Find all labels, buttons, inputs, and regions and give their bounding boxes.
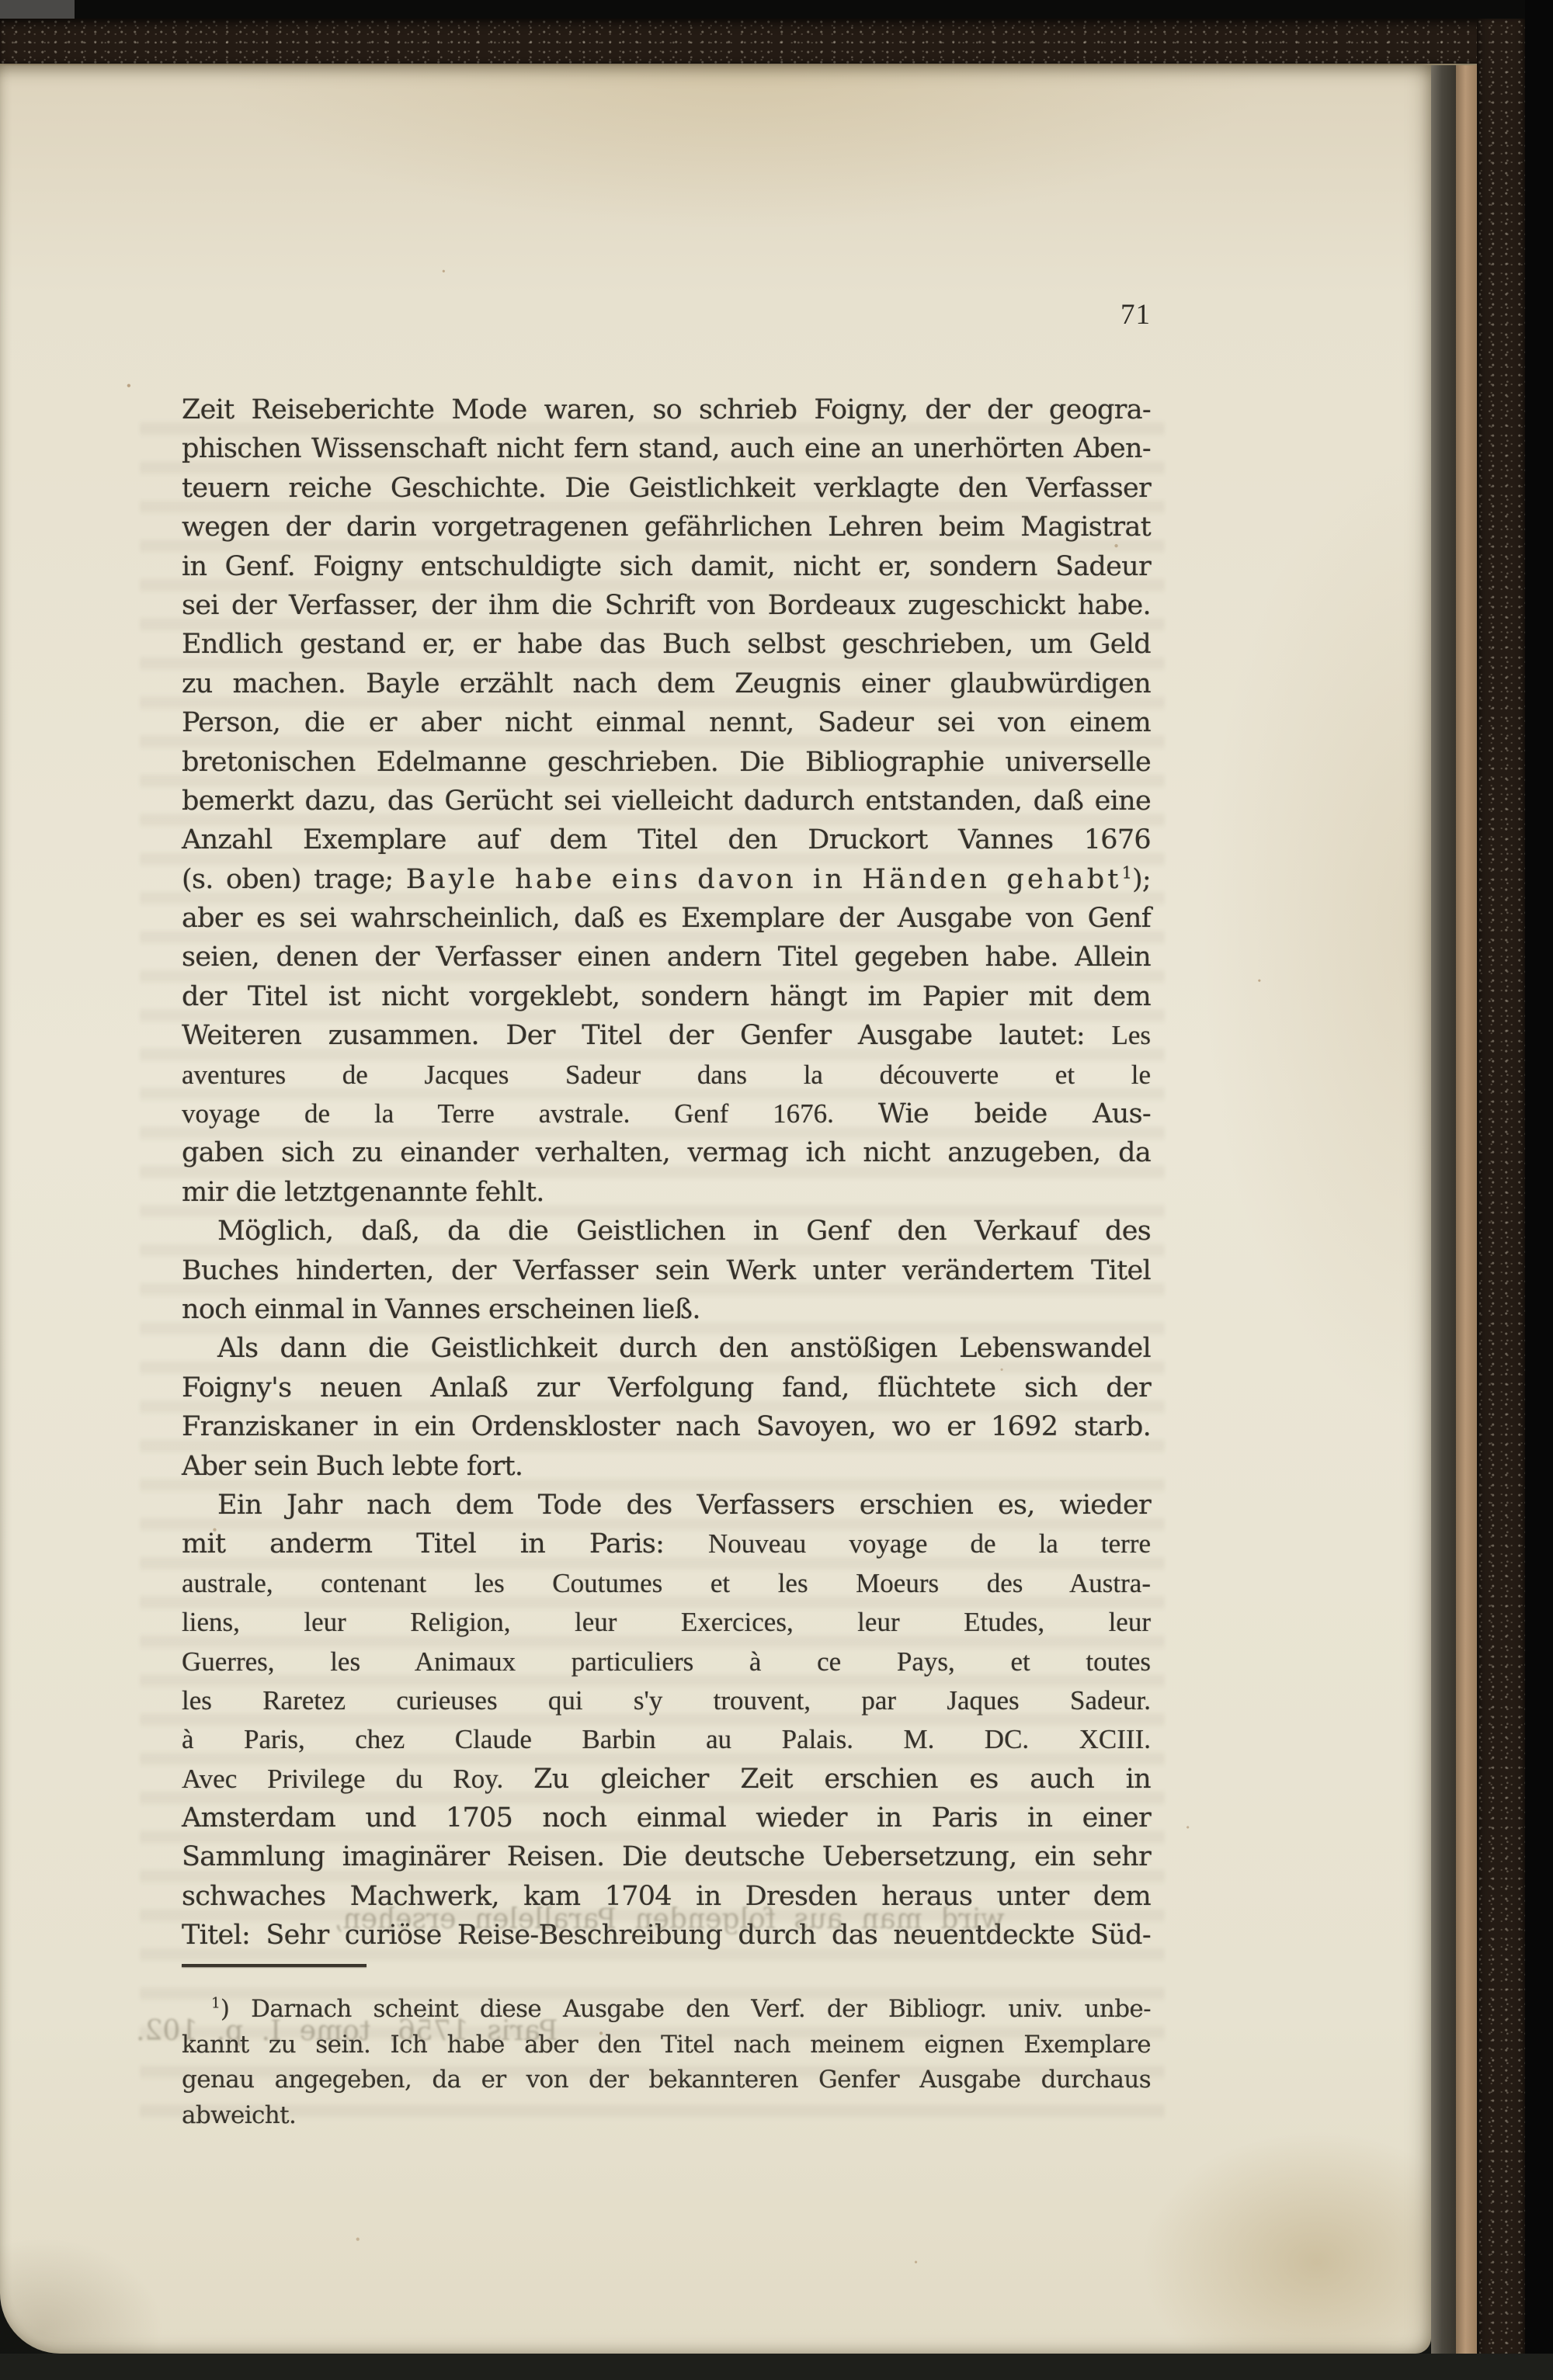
text-segment: Sammlung imaginärer Reisen. Die deutsche… — [182, 1841, 1151, 1872]
text-segment: kannt zu sein. Ich habe aber den Titel n… — [182, 2031, 1151, 2059]
text-line: teuern reiche Geschichte. Die Geistlichk… — [182, 469, 1151, 508]
text-line: 1) Darnach scheint diese Ausgabe den Ver… — [182, 1992, 1151, 2028]
text-line: (s. oben) trage; Bayle habe eins davon i… — [182, 860, 1151, 899]
footnote-reference: 1 — [211, 1996, 221, 2012]
text-segment: Möglich, daß, da die Geistlichen in Genf… — [217, 1216, 1151, 1247]
text-segment: aber es sei wahrscheinlich, daß es Exemp… — [182, 903, 1151, 934]
text-segment: abweicht. — [182, 2101, 296, 2129]
text-segment: Les — [1111, 1020, 1151, 1050]
text-segment: à Paris, chez Claude Barbin au Palais. M… — [182, 1724, 1151, 1754]
text-segment: in Genf. Foigny entschuldigte sich damit… — [182, 551, 1151, 582]
book-page: 71 Zeit Reiseberichte Mode waren, so sch… — [0, 65, 1431, 2354]
text-segment: noch einmal in Vannes erscheinen ließ. — [182, 1294, 700, 1325]
text-segment: Buches hinderten, der Verfasser sein Wer… — [182, 1255, 1151, 1286]
text-line: Buches hinderten, der Verfasser sein Wer… — [182, 1251, 1151, 1290]
text-line: Person, die er aber nicht einmal nennt, … — [182, 703, 1151, 742]
body-text: Zeit Reiseberichte Mode waren, so schrie… — [182, 390, 1151, 1955]
text-segment: gaben sich zu einander verhalten, vermag… — [182, 1137, 1151, 1168]
text-segment: Bayle habe eins davon in Händen gehabt — [406, 864, 1122, 895]
text-line: Weiteren zusammen. Der Titel der Genfer … — [182, 1016, 1151, 1055]
text-line: mit anderm Titel in Paris: Nouveau voyag… — [182, 1525, 1151, 1563]
text-line: Guerres, les Animaux particuliers à ce P… — [182, 1643, 1151, 1681]
text-segment: Zu gleicher Zeit erschien es auch in — [533, 1764, 1151, 1795]
text-segment: zu machen. Bayle erzählt nach dem Zeugni… — [182, 668, 1151, 699]
text-segment: ); — [1132, 864, 1151, 895]
text-segment: les Raretez curieuses qui s'y trouvent, … — [182, 1685, 1151, 1716]
text-segment: ) Darnach scheint diese Ausgabe den Verf… — [221, 1995, 1151, 2023]
text-line: Anzahl Exemplare auf dem Titel den Druck… — [182, 821, 1151, 859]
text-line: in Genf. Foigny entschuldigte sich damit… — [182, 547, 1151, 586]
text-line: seien, denen der Verfasser einen andern … — [182, 938, 1151, 977]
book-cover-top-edge — [0, 19, 1525, 65]
text-segment: Wie beide Aus- — [878, 1098, 1151, 1129]
text-segment: aventures de Jacques Sadeur dans la déco… — [182, 1060, 1151, 1090]
text-line: les Raretez curieuses qui s'y trouvent, … — [182, 1681, 1151, 1720]
text-segment: Guerres, les Animaux particuliers à ce P… — [182, 1646, 1151, 1677]
text-segment: phischen Wissenschaft nicht fern stand, … — [182, 433, 1151, 464]
text-line: à Paris, chez Claude Barbin au Palais. M… — [182, 1720, 1151, 1759]
text-line: abweicht. — [182, 2098, 1151, 2134]
footnote-reference: 1 — [1122, 863, 1132, 882]
page-number: 71 — [182, 298, 1151, 331]
text-line: Als dann die Geistlichkeit durch den ans… — [182, 1329, 1151, 1368]
text-line: australe, contenant les Coutumes et les … — [182, 1564, 1151, 1603]
text-line: mir die letztgenannte fehlt. — [182, 1173, 1151, 1212]
text-segment: wegen der darin vorgetragenen gefährlich… — [182, 512, 1151, 543]
text-line: Ein Jahr nach dem Tode des Verfassers er… — [182, 1486, 1151, 1525]
text-line: Avec Privilege du Roy. Zu gleicher Zeit … — [182, 1760, 1151, 1799]
text-segment: Anzahl Exemplare auf dem Titel den Druck… — [182, 824, 1151, 855]
text-segment: mir die letztgenannte fehlt. — [182, 1177, 544, 1208]
text-segment: bretonischen Edelmanne geschrieben. Die … — [182, 747, 1151, 778]
text-segment: Zeit Reiseberichte Mode waren, so schrie… — [182, 394, 1151, 425]
page-edge-shadow — [1431, 65, 1456, 2354]
text-segment: liens, leur Religion, leur Exercices, le… — [182, 1607, 1151, 1637]
page-block-fore-edge — [1456, 65, 1479, 2354]
text-segment: australe, contenant les Coutumes et les … — [182, 1568, 1151, 1598]
text-segment: Franziskaner in ein Ordenskloster nach S… — [182, 1411, 1151, 1442]
text-line: voyage de la Terre avstrale. Genf 1676. … — [182, 1095, 1151, 1133]
text-segment: bemerkt dazu, das Gerücht sei vielleicht… — [182, 786, 1151, 817]
footnote-text: 1) Darnach scheint diese Ausgabe den Ver… — [182, 1992, 1151, 2133]
text-segment: Amsterdam und 1705 noch einmal wieder in… — [182, 1802, 1151, 1834]
text-line: Zeit Reiseberichte Mode waren, so schrie… — [182, 390, 1151, 429]
text-line: Endlich gestand er, er habe das Buch sel… — [182, 625, 1151, 664]
text-segment: der Titel ist nicht vorgeklebt, sondern … — [182, 981, 1151, 1012]
text-line: genau angegeben, da er von der bekannter… — [182, 2063, 1151, 2098]
text-line: noch einmal in Vannes erscheinen ließ. — [182, 1290, 1151, 1329]
text-line: aber es sei wahrscheinlich, daß es Exemp… — [182, 899, 1151, 938]
text-segment: seien, denen der Verfasser einen andern … — [182, 942, 1151, 973]
text-segment: teuern reiche Geschichte. Die Geistlichk… — [182, 473, 1151, 504]
text-segment: voyage de la Terre avstrale. Genf 1676. — [182, 1098, 878, 1129]
book-cover-right-edge — [1477, 19, 1525, 2358]
text-line: gaben sich zu einander verhalten, vermag… — [182, 1133, 1151, 1172]
scan-background-right — [1525, 0, 1553, 2380]
text-segment: Aber sein Buch lebte fort. — [182, 1451, 523, 1482]
text-line: kannt zu sein. Ich habe aber den Titel n… — [182, 2028, 1151, 2063]
text-line: der Titel ist nicht vorgeklebt, sondern … — [182, 977, 1151, 1016]
text-line: Franziskaner in ein Ordenskloster nach S… — [182, 1407, 1151, 1446]
text-line: Foigny's neuen Anlaß zur Verfolgung fand… — [182, 1369, 1151, 1407]
text-segment: Avec Privilege du Roy. — [182, 1764, 533, 1794]
text-line: liens, leur Religion, leur Exercices, le… — [182, 1603, 1151, 1642]
text-segment: sei der Verfasser, der ihm die Schrift v… — [182, 590, 1151, 621]
bleed-through-text: wird man aus folgenden Parallelen ersehe… — [334, 1903, 1005, 1935]
text-line: Amsterdam und 1705 noch einmal wieder in… — [182, 1799, 1151, 1837]
text-segment: (s. oben) trage; — [182, 864, 406, 895]
text-segment: Nouveau voyage de la terre — [708, 1528, 1151, 1559]
text-line: zu machen. Bayle erzählt nach dem Zeugni… — [182, 664, 1151, 703]
text-segment: mit anderm Titel in Paris: — [182, 1528, 708, 1559]
text-line: aventures de Jacques Sadeur dans la déco… — [182, 1056, 1151, 1095]
text-line: Sammlung imaginärer Reisen. Die deutsche… — [182, 1837, 1151, 1876]
footnote-separator — [182, 1964, 367, 1967]
text-segment: genau angegeben, da er von der bekannter… — [182, 2066, 1151, 2094]
book-page-scan: 71 Zeit Reiseberichte Mode waren, so sch… — [0, 0, 1553, 2380]
text-segment: Weiteren zusammen. Der Titel der Genfer … — [182, 1020, 1111, 1051]
text-segment: Ein Jahr nach dem Tode des Verfassers er… — [217, 1490, 1151, 1521]
text-segment: Foigny's neuen Anlaß zur Verfolgung fand… — [182, 1372, 1151, 1403]
text-segment: Als dann die Geistlichkeit durch den ans… — [217, 1333, 1151, 1364]
text-segment: Person, die er aber nicht einmal nennt, … — [182, 707, 1151, 738]
text-line: bemerkt dazu, das Gerücht sei vielleicht… — [182, 782, 1151, 821]
text-segment: Endlich gestand er, er habe das Buch sel… — [182, 629, 1151, 660]
text-line: wegen der darin vorgetragenen gefährlich… — [182, 508, 1151, 546]
text-line: sei der Verfasser, der ihm die Schrift v… — [182, 586, 1151, 625]
text-line: Möglich, daß, da die Geistlichen in Genf… — [182, 1212, 1151, 1251]
text-line: phischen Wissenschaft nicht fern stand, … — [182, 429, 1151, 468]
scan-background-top — [0, 0, 1553, 20]
scan-background-bottom — [0, 2354, 1553, 2380]
text-line: bretonischen Edelmanne geschrieben. Die … — [182, 743, 1151, 782]
text-line: Aber sein Buch lebte fort. — [182, 1447, 1151, 1486]
